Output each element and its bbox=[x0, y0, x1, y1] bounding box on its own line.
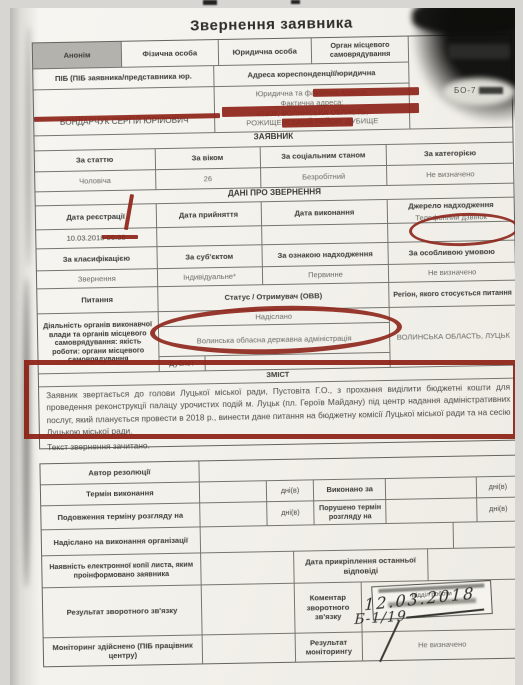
page-edge-streak bbox=[26, 26, 31, 266]
sent-org-label: Надіслано на виконання організації bbox=[42, 527, 200, 555]
value-category: Не визначено bbox=[386, 164, 513, 185]
tab-anonim: Анонім bbox=[33, 42, 122, 69]
feedback-label: Результат зворотного зв'язку bbox=[43, 585, 202, 637]
header-sotsialnyi-stan: За соціальним станом bbox=[259, 145, 386, 167]
violated-label: Порушено термін розгляду на bbox=[314, 500, 386, 524]
scan-artifact-mark bbox=[291, 0, 300, 4]
empty-cell bbox=[200, 552, 294, 585]
extension-label: Подовження терміну розгляду на bbox=[41, 503, 199, 529]
header-stattia: За статтю bbox=[35, 149, 155, 171]
region-value: ВОЛИНСЬКА ОБЛАСТЬ, ЛУЦЬК bbox=[389, 306, 515, 367]
term-label: Термін виконання bbox=[41, 482, 199, 505]
done-label: Виконано за bbox=[313, 479, 385, 500]
empty-cell bbox=[156, 226, 261, 246]
empty-cell bbox=[199, 523, 453, 553]
red-box-appeal-text bbox=[24, 360, 515, 439]
number-header-smudge bbox=[448, 44, 510, 59]
monitoring-result-label: Результат моніторингу bbox=[295, 632, 362, 661]
header-rehion: Регіон, якого стосується питання bbox=[388, 281, 515, 307]
value-stat: Чоловіча bbox=[35, 170, 155, 191]
days-label: дні(в) bbox=[266, 501, 314, 525]
days-label: дні(в) bbox=[265, 480, 313, 501]
registration-number: БО-7 bbox=[454, 86, 503, 95]
stamp-cell: Відділ роботи 12.03.2018 Б-1/19 bbox=[360, 580, 515, 632]
empty-cell bbox=[199, 481, 266, 502]
empty-cell bbox=[385, 477, 476, 499]
header-pytannia: Питання bbox=[37, 287, 157, 313]
applicant-name: БОНДАРЧУК СЕРГІЙ ЮРІЙОВИЧ bbox=[34, 87, 215, 135]
value-osoblyva-umova: Не визначено bbox=[388, 263, 515, 282]
header-dzherelo-label: Джерело надходження bbox=[408, 200, 494, 211]
header-data-reiestratsii: Дата реєстрації bbox=[36, 204, 156, 229]
registration-number-text: БО-7 bbox=[454, 86, 477, 95]
attach-date-label: Дата прикріплення останньої відповіді bbox=[293, 549, 427, 582]
empty-cell bbox=[453, 522, 515, 548]
number-smudge bbox=[479, 87, 503, 94]
value-oznaka: Первинне bbox=[262, 265, 389, 284]
days-label: дні(в) bbox=[476, 498, 515, 522]
address-header: Адреса кореспонденції/юридична bbox=[213, 63, 408, 87]
empty-cell bbox=[427, 548, 515, 581]
value-subiekt: Індивідуальне* bbox=[156, 267, 261, 286]
value-social: Безробітний bbox=[260, 166, 387, 187]
tab-yurydychna-osoba: Юридична особа bbox=[217, 38, 311, 65]
feedback-comment-label: Коментар зворотного зв'язку bbox=[294, 583, 362, 633]
ecopy-label: Наявність електронної копії листа, яким … bbox=[42, 553, 200, 587]
empty-cell bbox=[385, 498, 476, 523]
monitoring-label: Моніторинг здійснено (ПІБ працівник цент… bbox=[44, 635, 202, 666]
header-data-vykonannia: Дата виконання bbox=[260, 200, 387, 225]
value-registration-date: 10.03.2018 06:38 bbox=[36, 228, 156, 248]
tab-organ-samovriaduvannia: Орган місцевого самоврядування bbox=[311, 37, 409, 64]
handwriting-flourish bbox=[407, 608, 485, 618]
handwritten-number-text: Б-1/19 bbox=[354, 608, 407, 628]
red-underline-time bbox=[102, 235, 138, 239]
name-header: ПІБ (ПІБ заявника/представника юр. bbox=[33, 66, 213, 89]
author-label: Автор резолюції bbox=[40, 461, 198, 484]
value-age: 26 bbox=[155, 168, 260, 189]
scanned-document-screenshot: Звернення заявника Анонім Фізична особа … bbox=[0, 0, 523, 685]
empty-cell bbox=[199, 502, 266, 526]
monitoring-result-text: Не визначено bbox=[418, 640, 467, 650]
scan-artifact-mark bbox=[203, 0, 217, 5]
red-redaction-bar bbox=[282, 117, 353, 127]
scan-corner-shadow bbox=[412, 8, 515, 34]
empty-cell bbox=[201, 634, 295, 664]
header-vik: За віком bbox=[154, 147, 260, 169]
days-label: дні(в) bbox=[476, 477, 515, 498]
header-oznaka: За ознакою надходження bbox=[261, 243, 388, 266]
tab-fizychna-osoba: Фізична особа bbox=[121, 40, 218, 67]
top-main-columns: Анонім Фізична особа Юридична особа Орга… bbox=[33, 37, 410, 136]
value-klasyfikatsiia: Звернення bbox=[37, 269, 157, 288]
document-page: Звернення заявника Анонім Фізична особа … bbox=[10, 8, 515, 685]
header-data-pryiniattia: Дата прийняття bbox=[155, 202, 261, 227]
monitoring-result-value: Не визначено bbox=[361, 630, 515, 661]
empty-cell bbox=[200, 584, 294, 635]
feedback-row: Результат зворотного зв'язку Коментар зв… bbox=[43, 579, 515, 638]
header-subiekt: За суб'єктом bbox=[156, 245, 262, 268]
header-klasyfikatsiia: За класифікацією bbox=[36, 247, 156, 270]
empty-cell bbox=[261, 224, 388, 244]
resolution-table: Автор резолюції Термін виконання дні(в) … bbox=[39, 455, 515, 668]
